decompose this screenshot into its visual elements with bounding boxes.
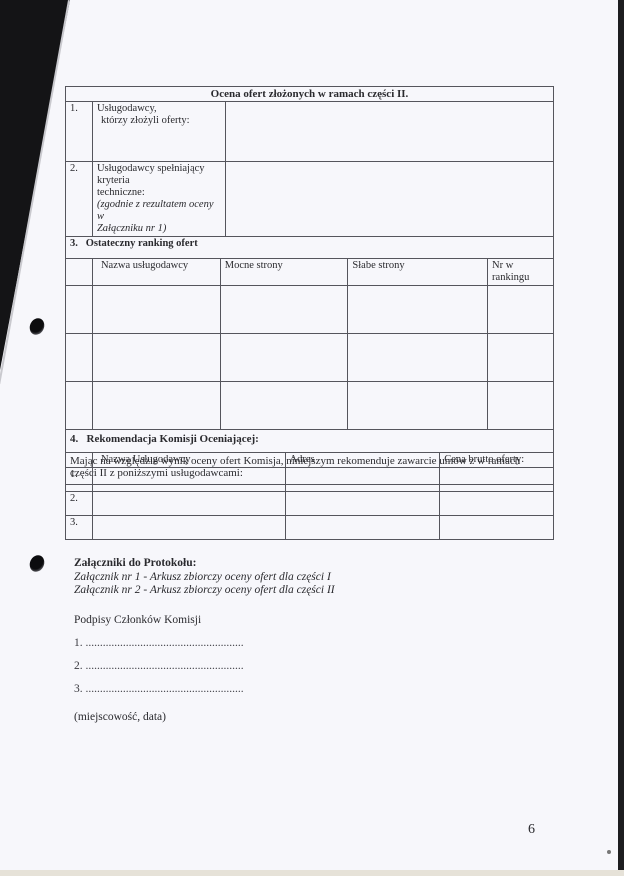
section-1-row: 1. Usługodawcy, którzy złożyli oferty: — [66, 102, 554, 162]
table-row: 1. — [66, 468, 554, 492]
column-header: Słabe strony — [348, 259, 488, 286]
recommendation-header-row: Nazwa Usługodawcy Adres Cena brutto ofer… — [66, 453, 554, 468]
section-3-heading-row: 3. Ostateczny ranking ofert — [66, 237, 554, 259]
recommended-address-cell[interactable] — [285, 492, 440, 516]
ranking-name-cell[interactable] — [92, 334, 220, 382]
row-number: 3. — [66, 516, 93, 540]
recommended-name-cell[interactable] — [92, 468, 285, 492]
attachments-heading: Załączniki do Protokołu: — [74, 557, 335, 571]
attachment-item: Załącznik nr 1 - Arkusz zbiorczy oceny o… — [74, 571, 335, 585]
table-row — [66, 286, 554, 334]
recommended-price-cell[interactable] — [440, 492, 554, 516]
row-number: 1. — [66, 468, 93, 492]
place-date-label: (miejscowość, data) — [74, 711, 166, 725]
section-1-value-cell[interactable] — [225, 102, 553, 162]
column-header: Mocne strony — [220, 259, 348, 286]
ranking-strengths-cell[interactable] — [220, 382, 348, 430]
table-row: 3. — [66, 516, 554, 540]
ranking-strengths-cell[interactable] — [220, 286, 348, 334]
section-number: 1. — [66, 102, 93, 162]
ranking-header-row: Nazwa usługodawcy Mocne strony Słabe str… — [66, 259, 554, 286]
table-row — [66, 382, 554, 430]
column-header: Nazwa usługodawcy — [92, 259, 220, 286]
column-header: Nr w rankingu — [488, 259, 554, 286]
section-2-label: Usługodawcy spełniający kryteria technic… — [92, 162, 225, 237]
recommended-price-cell[interactable] — [440, 516, 554, 540]
section-number: 2. — [66, 162, 93, 237]
page-number: 6 — [528, 822, 535, 838]
signatures-heading: Podpisy Członków Komisji — [74, 614, 201, 628]
attachment-item: Załącznik nr 2 - Arkusz zbiorczy oceny o… — [74, 584, 335, 598]
column-header: Nazwa Usługodawcy — [92, 453, 285, 468]
signature-line[interactable]: 3. .....................................… — [74, 683, 244, 697]
signature-line[interactable]: 1. .....................................… — [74, 637, 244, 651]
recommended-name-cell[interactable] — [92, 492, 285, 516]
section-1-label: Usługodawcy, którzy złożyli oferty: — [92, 102, 225, 162]
signature-line[interactable]: 2. .....................................… — [74, 660, 244, 674]
ranking-rank-cell[interactable] — [488, 334, 554, 382]
scan-edge-bottom — [0, 870, 624, 876]
evaluation-table: Ocena ofert złożonych w ramach części II… — [65, 86, 554, 485]
ranking-weaknesses-cell[interactable] — [348, 382, 488, 430]
section-2-row: 2. Usługodawcy spełniający kryteria tech… — [66, 162, 554, 237]
recommendation-table: Nazwa Usługodawcy Adres Cena brutto ofer… — [65, 452, 554, 540]
scan-speck — [607, 850, 611, 854]
ranking-rank-cell[interactable] — [488, 286, 554, 334]
column-header: Cena brutto oferty: — [440, 453, 554, 468]
section-2-value-cell[interactable] — [225, 162, 553, 237]
recommended-address-cell[interactable] — [285, 468, 440, 492]
ranking-rank-cell[interactable] — [488, 382, 554, 430]
ranking-name-cell[interactable] — [92, 382, 220, 430]
ranking-name-cell[interactable] — [92, 286, 220, 334]
recommended-name-cell[interactable] — [92, 516, 285, 540]
scan-edge-right — [618, 0, 624, 876]
recommended-address-cell[interactable] — [285, 516, 440, 540]
column-header: Adres — [285, 453, 440, 468]
ranking-strengths-cell[interactable] — [220, 334, 348, 382]
table-row: 2. — [66, 492, 554, 516]
ranking-weaknesses-cell[interactable] — [348, 286, 488, 334]
section-3-heading: 3. Ostateczny ranking ofert — [66, 237, 554, 259]
ranking-weaknesses-cell[interactable] — [348, 334, 488, 382]
table-title: Ocena ofert złożonych w ramach części II… — [66, 87, 554, 102]
section-4-heading: 4. Rekomendacja Komisji Oceniającej: — [70, 433, 549, 445]
row-number: 2. — [66, 492, 93, 516]
table-row — [66, 334, 554, 382]
recommended-price-cell[interactable] — [440, 468, 554, 492]
attachments-section: Załączniki do Protokołu: Załącznik nr 1 … — [74, 557, 335, 598]
